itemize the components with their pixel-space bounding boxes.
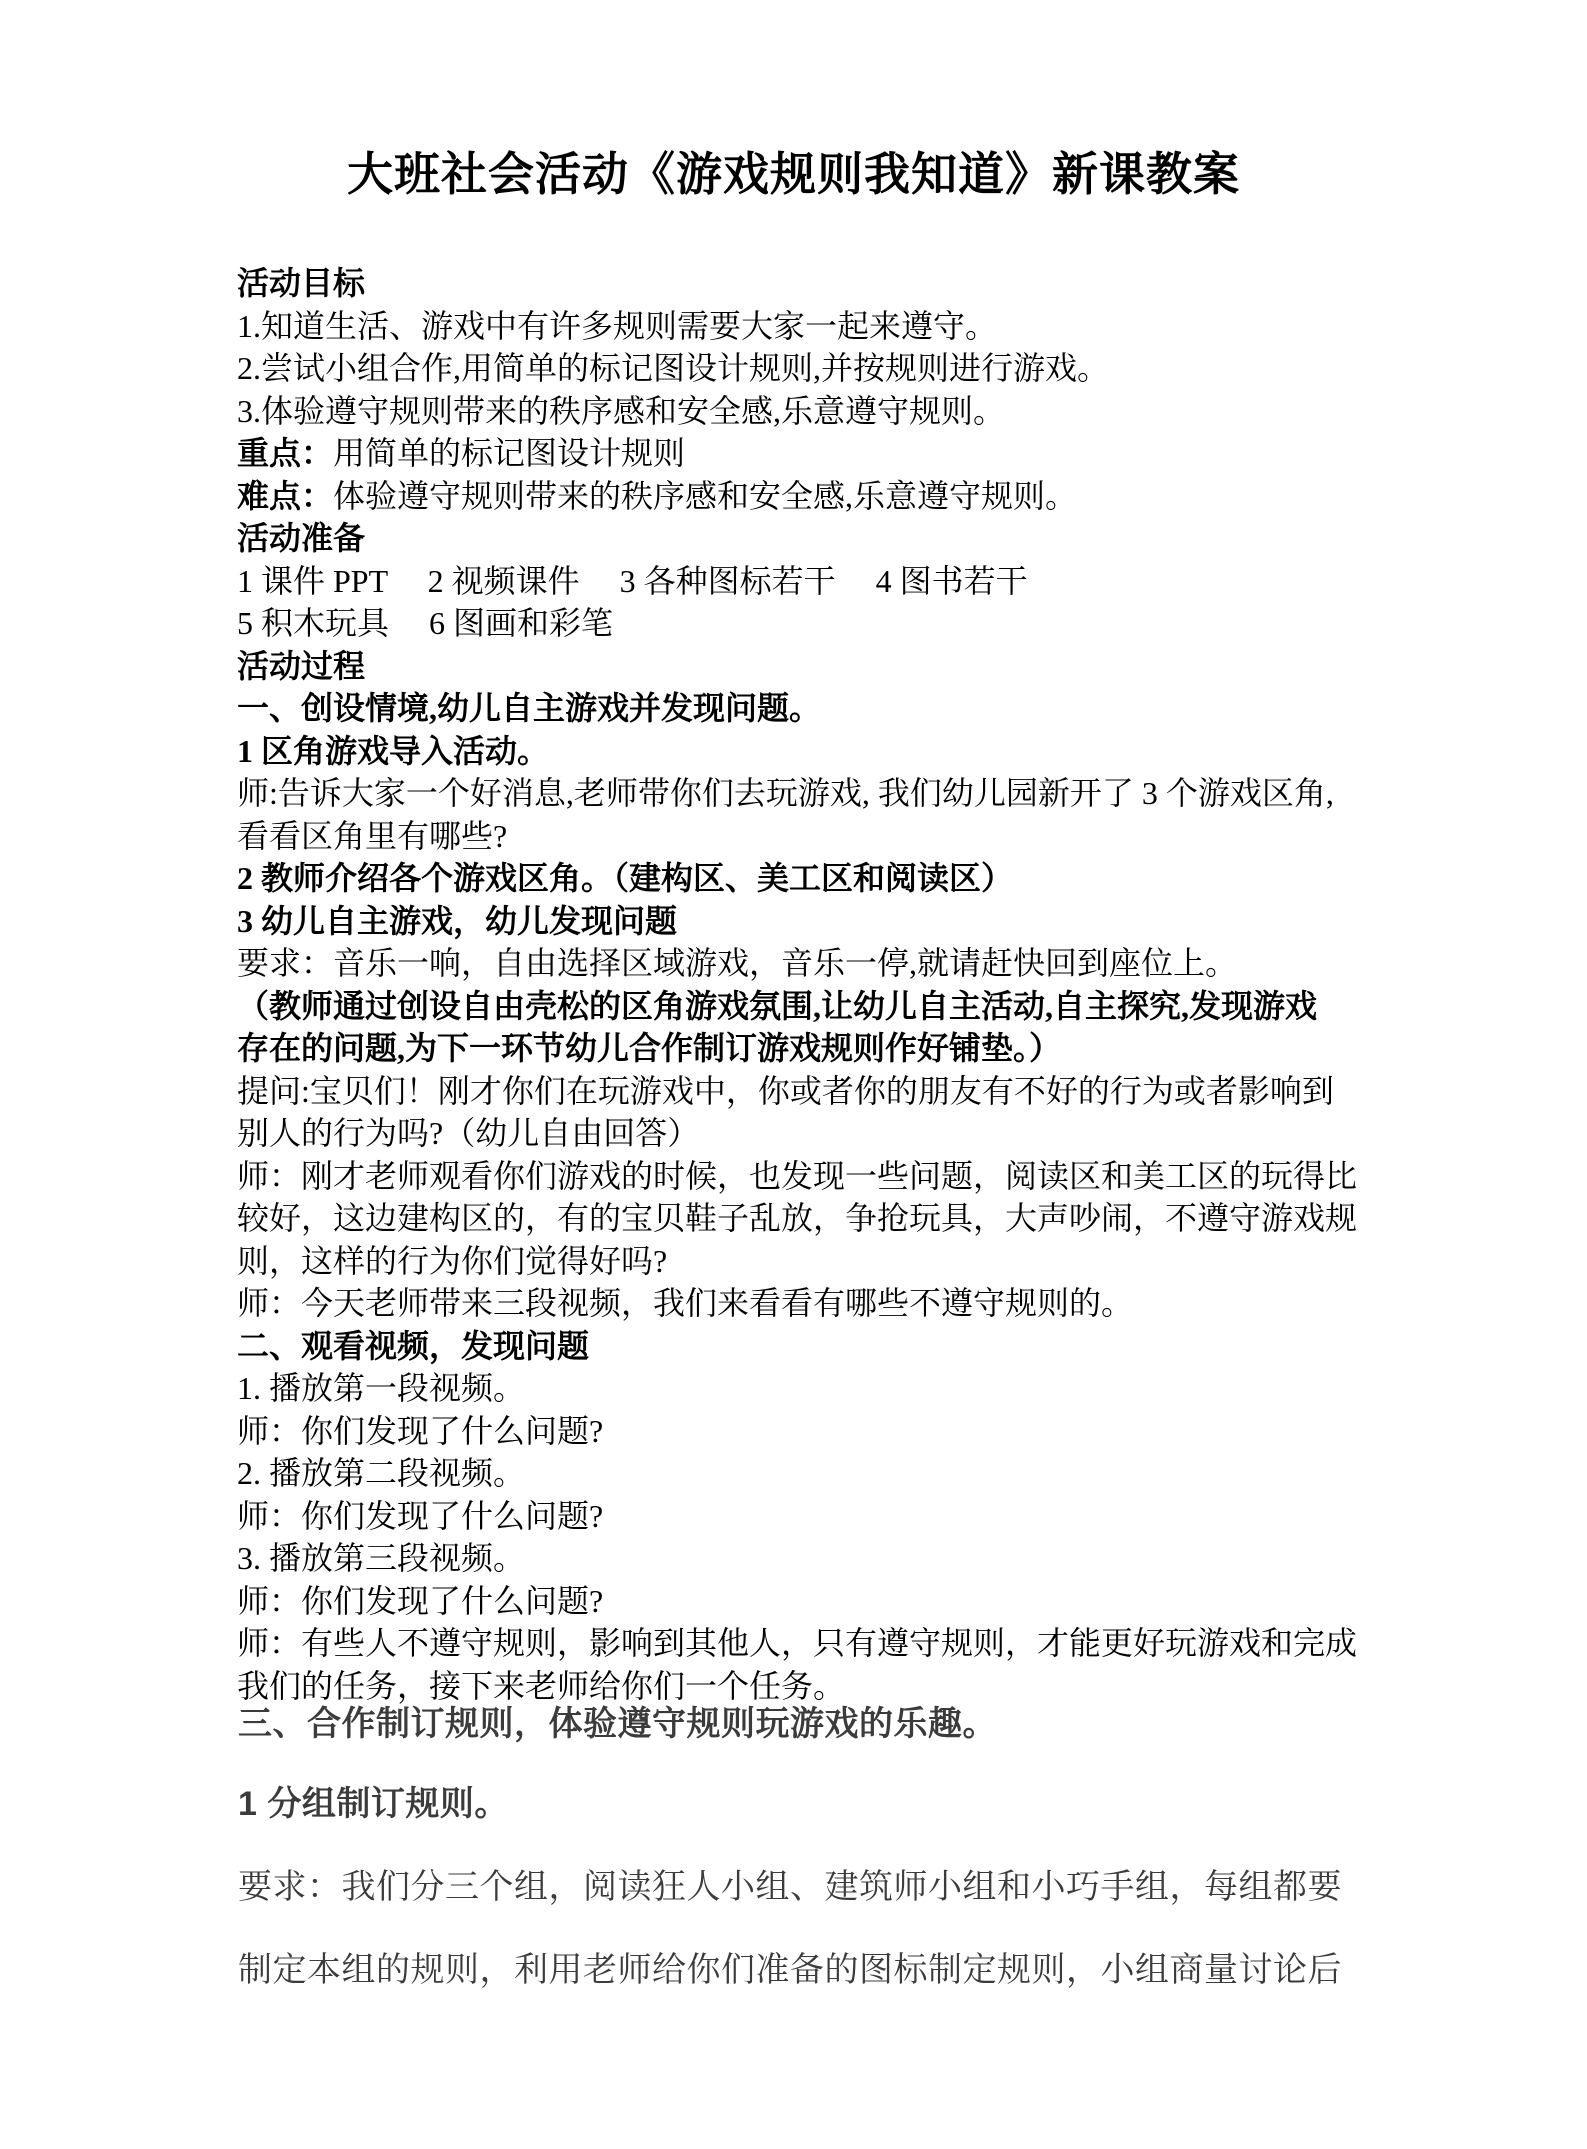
heading-activity-preparation: 活动准备	[237, 517, 1367, 560]
doc-line: 师：你们发现了什么问题?	[237, 1410, 1367, 1453]
key-point-label: 重点：	[237, 435, 333, 471]
doc-line: 看看区角里有哪些?	[237, 815, 1367, 858]
doc-line: 师：刚才老师观看你们游戏的时候，也发现一些问题，阅读区和美工区的玩得比	[237, 1155, 1367, 1198]
key-point-text: 用简单的标记图设计规则	[333, 435, 685, 471]
doc-line: 较好，这边建构区的，有的宝贝鞋子乱放，争抢玩具，大声吵闹，不遵守游戏规	[237, 1197, 1367, 1240]
doc-line: 1. 播放第一段视频。	[237, 1367, 1367, 1410]
doc-line: （教师通过创设自由壳松的区角游戏氛围,让幼儿自主活动,自主探究,发现游戏	[237, 985, 1367, 1028]
heading-section-three: 三、合作制订规则，体验遵守规则玩游戏的乐趣。	[238, 1700, 1368, 1748]
difficult-point-label: 难点：	[237, 478, 333, 514]
doc-line: 别人的行为吗?（幼儿自由回答）	[237, 1112, 1367, 1155]
doc-line: 1 课件 PPT 2 视频课件 3 各种图标若干 4 图书若干	[237, 560, 1367, 603]
doc-line: 师：有些人不遵守规则，影响到其他人，只有遵守规则，才能更好玩游戏和完成	[237, 1622, 1367, 1665]
heading-section-one: 一、创设情境,幼儿自主游戏并发现问题。	[237, 687, 1367, 730]
doc-line: 5 积木玩具 6 图画和彩笔	[237, 602, 1367, 645]
document-body: 活动目标 1.知道生活、游戏中有许多规则需要大家一起来遵守。 2.尝试小组合作,…	[237, 262, 1367, 1707]
doc-line: 2.尝试小组合作,用简单的标记图设计规则,并按规则进行游戏。	[237, 347, 1367, 390]
doc-line: 3.体验遵守规则带来的秩序感和安全感,乐意遵守规则。	[237, 390, 1367, 433]
doc-line: 2 教师介绍各个游戏区角。（建构区、美工区和阅读区）	[237, 857, 1367, 900]
doc-line: 1.知道生活、游戏中有许多规则需要大家一起来遵守。	[237, 305, 1367, 348]
doc-line: 3. 播放第三段视频。	[237, 1537, 1367, 1580]
doc-line: 2. 播放第二段视频。	[237, 1452, 1367, 1495]
doc-line: 要求：我们分三个组，阅读狂人小组、建筑师小组和小巧手组，每组都要	[238, 1863, 1368, 1911]
doc-line: 存在的问题,为下一环节幼儿合作制订游戏规则作好铺垫。）	[237, 1027, 1367, 1070]
doc-line-difficult-point: 难点：体验遵守规则带来的秩序感和安全感,乐意遵守规则。	[237, 475, 1367, 518]
doc-line: 制定本组的规则，利用老师给你们准备的图标制定规则，小组商量讨论后	[238, 1946, 1368, 1994]
doc-line: 师：你们发现了什么问题?	[237, 1495, 1367, 1538]
document-title: 大班社会活动《游戏规则我知道》新课教案	[0, 147, 1587, 203]
document-page: 大班社会活动《游戏规则我知道》新课教案 活动目标 1.知道生活、游戏中有许多规则…	[0, 0, 1587, 2149]
doc-line: 师:告诉大家一个好消息,老师带你们去玩游戏, 我们幼儿园新开了 3 个游戏区角,	[237, 772, 1367, 815]
doc-line: 要求：音乐一响，自由选择区域游戏，音乐一停,就请赶快回到座位上。	[237, 942, 1367, 985]
doc-line: 师：你们发现了什么问题?	[237, 1580, 1367, 1623]
heading-group-rules: 1 分组制订规则。	[238, 1780, 1368, 1828]
difficult-point-text: 体验遵守规则带来的秩序感和安全感,乐意遵守规则。	[333, 478, 1077, 514]
heading-section-two: 二、观看视频，发现问题	[237, 1325, 1367, 1368]
doc-line: 则，这样的行为你们觉得好吗?	[237, 1240, 1367, 1283]
doc-line: 提问:宝贝们！刚才你们在玩游戏中，你或者你的朋友有不好的行为或者影响到	[237, 1070, 1367, 1113]
doc-line: 师：今天老师带来三段视频，我们来看看有哪些不遵守规则的。	[237, 1282, 1367, 1325]
doc-line-key-point: 重点：用简单的标记图设计规则	[237, 432, 1367, 475]
heading-activity-process: 活动过程	[237, 645, 1367, 688]
heading-activity-goals: 活动目标	[237, 262, 1367, 305]
doc-line: 1 区角游戏导入活动。	[237, 730, 1367, 773]
doc-line: 3 幼儿自主游戏，幼儿发现问题	[237, 900, 1367, 943]
